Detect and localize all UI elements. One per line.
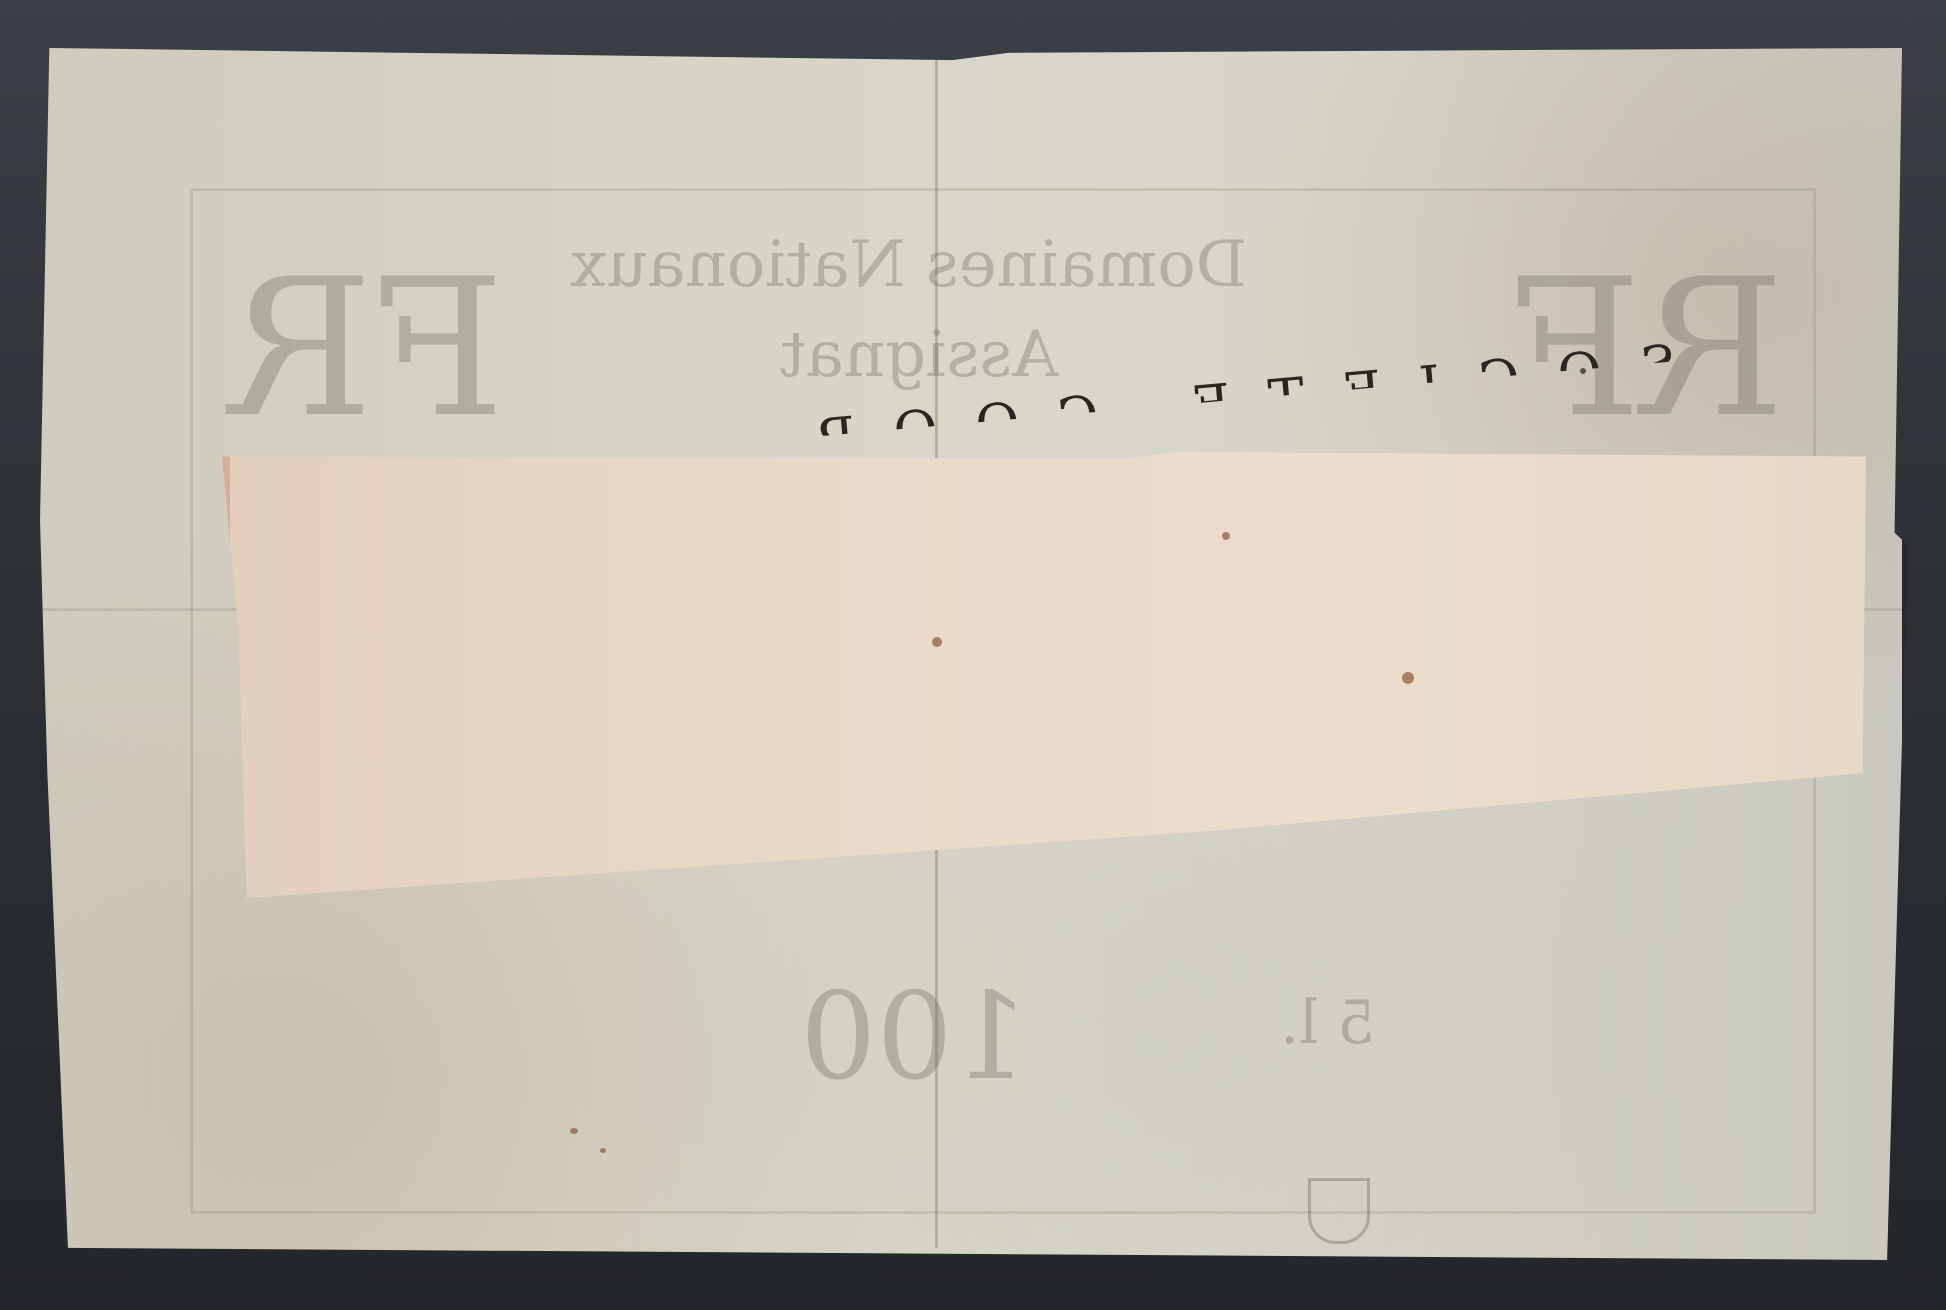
stain-spot xyxy=(932,637,942,647)
shield-seal-icon xyxy=(1308,1178,1370,1244)
ghost-left-monogram: FR xyxy=(230,238,505,459)
ghost-title-text: Domaines Nationaux xyxy=(570,228,1247,302)
foxing-spot xyxy=(600,1148,606,1153)
stain-spot xyxy=(1402,672,1414,684)
ghost-subtitle-text: Assignat xyxy=(780,318,1058,392)
ghost-denomination: 5 l. xyxy=(1280,988,1376,1058)
stain-spot xyxy=(1222,532,1230,540)
foxing-spot xyxy=(570,1128,578,1134)
ghost-value-mark: 100 xyxy=(800,968,1029,1107)
